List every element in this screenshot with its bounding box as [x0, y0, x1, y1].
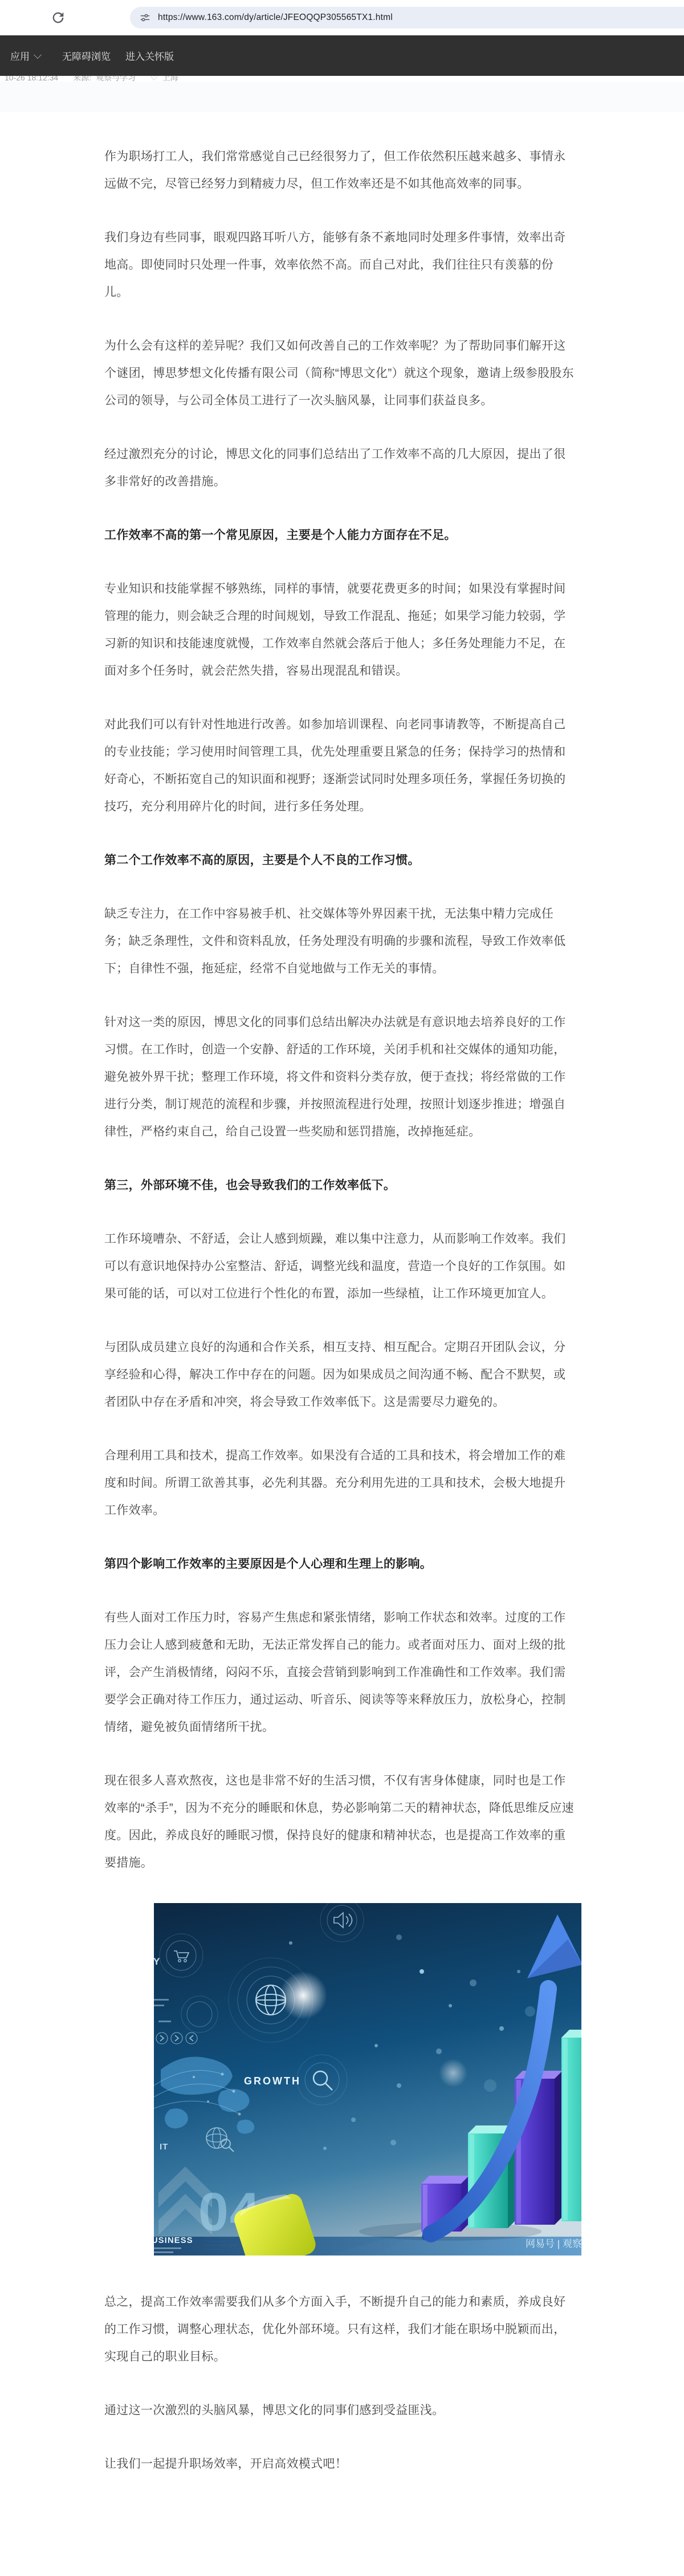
paragraph: 通过这一次激烈的头脑风暴，博思文化的同事们感到受益匪浅。	[104, 2397, 577, 2424]
header-spacer	[0, 82, 684, 112]
paragraph: 现在很多人喜欢熬夜，这也是非常不好的生活习惯，不仅有害身体健康，同时也是工作效率…	[104, 1767, 577, 1877]
light-flare	[279, 1971, 327, 2019]
light-flare	[439, 2059, 467, 2087]
paragraph: 经过激烈充分的讨论，博思文化的同事们总结出了工作效率不高的几大原因，提出了很多非…	[104, 441, 577, 496]
nav-apps[interactable]: 应用	[10, 48, 40, 63]
article-meta-row: 10-26 18:12:34来源:观察与学习♡上海	[0, 76, 684, 82]
paragraph: 缺乏专注力，在工作中容易被手机、社交媒体等外界因素干扰，无法集中精力完成任务；缺…	[104, 900, 577, 983]
paragraph: 作为职场打工人，我们常常感觉自己已经很努力了，但工作依然积压越来越多、事情永远做…	[104, 143, 577, 198]
paragraph: 工作环境嘈杂、不舒适，会让人感到烦躁，难以集中注意力，从而影响工作效率。我们可以…	[104, 1226, 577, 1308]
paragraph: 专业知识和技能掌握不够熟练，同样的事情，就要花费更多的时间；如果没有掌握时间管理…	[104, 575, 577, 685]
paragraph: 有些人面对工作压力时，容易产生焦虑和紧张情绪，影响工作状态和效率。过度的工作压力…	[104, 1604, 577, 1741]
paragraph: 总之，提高工作效率需要我们从多个方面入手，不断提升自己的能力和素质，养成良好的工…	[104, 2289, 577, 2371]
article-paragraphs-top: 作为职场打工人，我们常常感觉自己已经很努力了，但工作依然积压越来越多、事情永远做…	[104, 143, 577, 1877]
growth-illustration: MONEY GROWTH IT 04 BUSINESS PROFIT	[154, 1903, 581, 2255]
label-it: IT	[160, 2142, 168, 2152]
paragraph: 针对这一类的原因，博思文化的同事们总结出解决办法就是有意识地去培养良好的工作习惯…	[104, 1009, 577, 1146]
section-heading: 工作效率不高的第一个常见原因，主要是个人能力方面存在不足。	[104, 522, 577, 549]
browser-toolbar: https://www.163.com/dy/article/JFEOQQP30…	[0, 0, 684, 35]
article-datetime: 10-26 18:12:34	[5, 76, 58, 82]
paragraph: 对此我们可以有针对性地进行改善。如参加培训课程、向老同事请教等，不断提高自己的专…	[104, 711, 577, 821]
nav-accessibility-label: 无障碍浏览	[62, 48, 111, 63]
label-money: MONEY	[154, 1956, 161, 1967]
nav-accessibility[interactable]: 无障碍浏览	[62, 48, 111, 63]
chevron-down-icon	[34, 50, 42, 58]
article-image: MONEY GROWTH IT 04 BUSINESS PROFIT	[154, 1903, 581, 2255]
url-text[interactable]: https://www.163.com/dy/article/JFEOQQP30…	[158, 13, 393, 23]
watermark: 网易号 | 观察与学习	[526, 2238, 581, 2249]
paragraph: 我们身边有些同事，眼观四路耳听八方，能够有条不紊地同时处理多件事情，效率出奇地高…	[104, 224, 577, 306]
article-body: 作为职场打工人，我们常常感觉自己已经很努力了，但工作依然积压越来越多、事情永远做…	[104, 112, 577, 2478]
site-header: 应用 无障碍浏览 进入关怀版	[0, 35, 684, 76]
label-business: BUSINESS	[154, 2236, 193, 2245]
paragraph: 为什么会有这样的差异呢？我们又如何改善自己的工作效率呢？为了帮助同事们解开这个谜…	[104, 332, 577, 415]
label-growth: GROWTH	[244, 2075, 301, 2087]
location-label: 上海	[162, 76, 178, 82]
article-paragraphs-bottom: 总之，提高工作效率需要我们从多个方面入手，不断提升自己的能力和素质，养成良好的工…	[104, 2289, 577, 2478]
nav-care-mode-label: 进入关怀版	[125, 48, 174, 63]
nav-apps-label: 应用	[10, 48, 30, 63]
section-heading: 第二个工作效率不高的原因，主要是个人不良的工作习惯。	[104, 847, 577, 874]
paragraph: 与团队成员建立良好的沟通和合作关系，相互支持、相互配合。定期召开团队会议，分享经…	[104, 1334, 577, 1416]
address-bar[interactable]: https://www.163.com/dy/article/JFEOQQP30…	[130, 7, 684, 29]
paragraph: 让我们一起提升职场效率，开启高效模式吧！	[104, 2451, 577, 2478]
reload-icon[interactable]	[50, 10, 66, 26]
paragraph: 合理利用工具和技术，提高工作效率。如果没有合适的工具和技术，将会增加工作的难度和…	[104, 1442, 577, 1524]
section-heading: 第三，外部环境不佳，也会导致我们的工作效率低下。	[104, 1172, 577, 1199]
source-name[interactable]: 观察与学习	[96, 76, 136, 82]
tune-sliders-icon[interactable]	[139, 12, 150, 23]
location-icon: ♡	[150, 76, 158, 82]
nav-care-mode[interactable]: 进入关怀版	[125, 48, 174, 63]
section-heading: 第四个影响工作效率的主要原因是个人心理和生理上的影响。	[104, 1551, 577, 1578]
source-prefix: 来源:	[73, 76, 91, 82]
